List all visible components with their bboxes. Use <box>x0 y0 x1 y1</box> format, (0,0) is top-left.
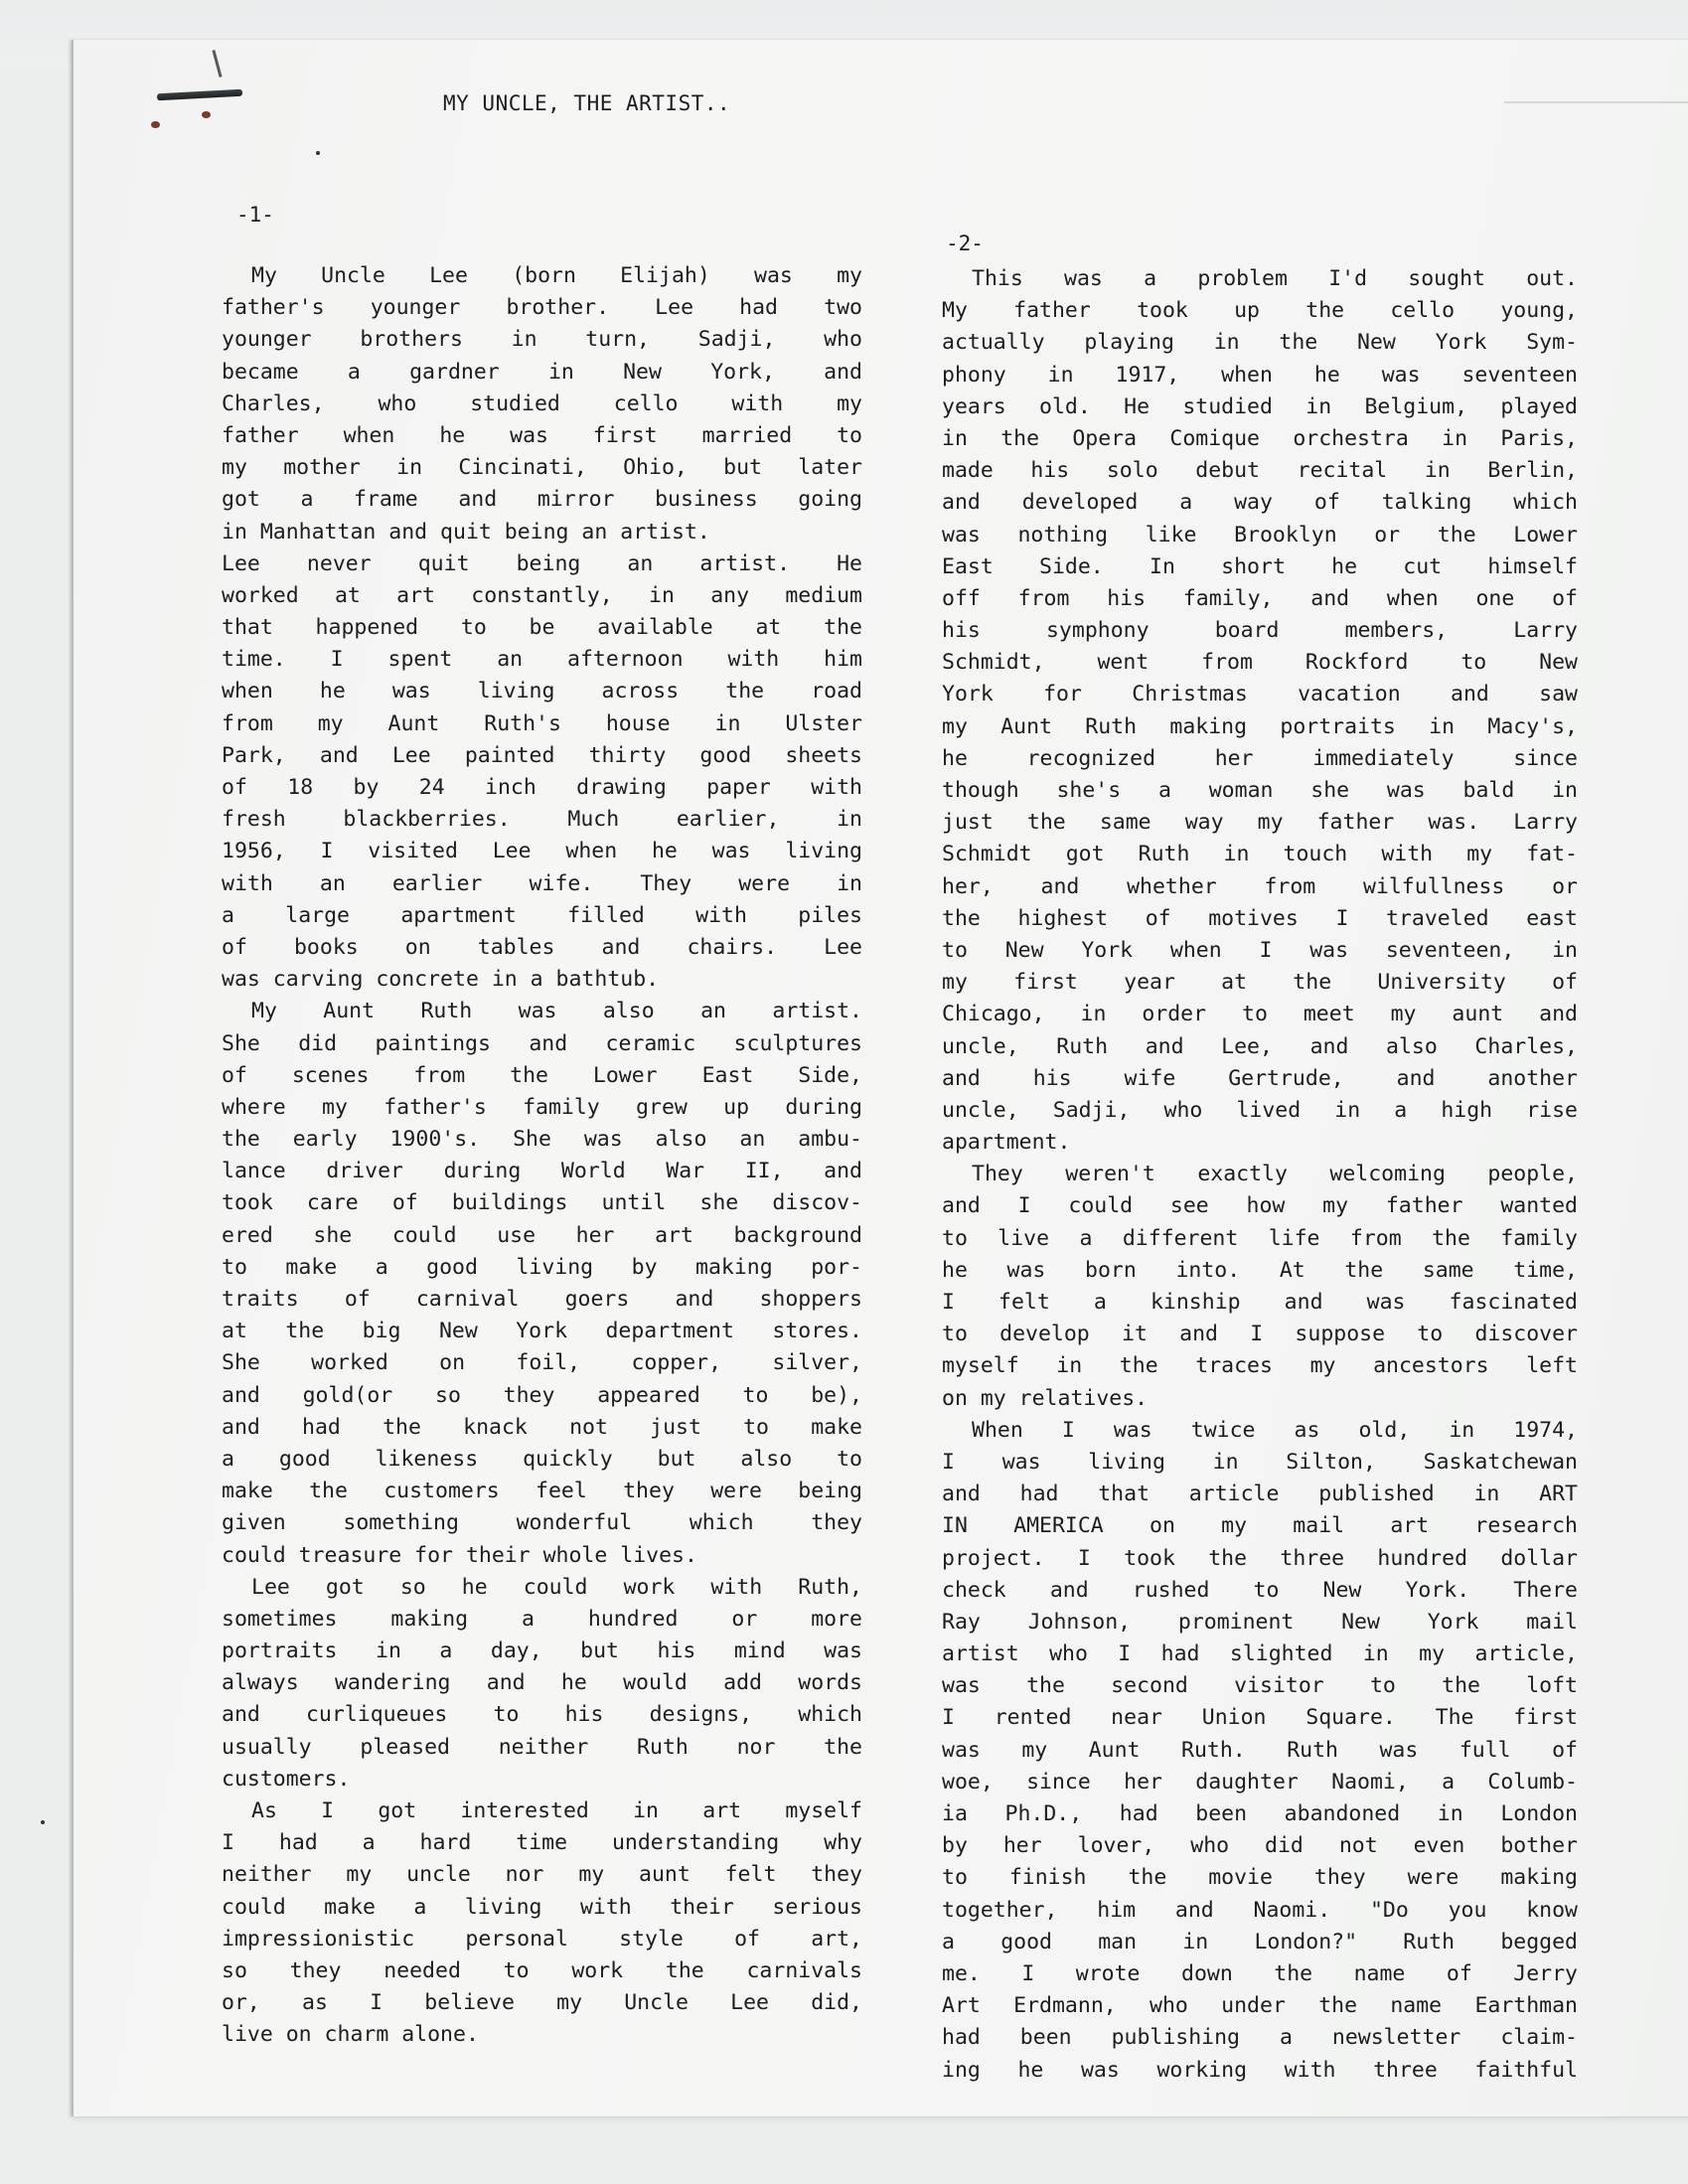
text-line: given something wonderful which they <box>222 1507 862 1539</box>
text-line: phony in 1917, when he was seventeen <box>942 360 1578 391</box>
text-line: neither my uncle nor my aunt felt they <box>222 1859 862 1891</box>
text-line: uncle, Ruth and Lee, and also Charles, <box>942 1031 1578 1063</box>
text-line: and had the knack not just to make <box>222 1412 862 1444</box>
text-line: I felt a kinship and was fascinated <box>942 1287 1578 1319</box>
text-line: check and rushed to New York. There <box>942 1575 1578 1607</box>
rust-spot-icon <box>151 121 160 128</box>
text-line: by her lover, who did not even bother <box>942 1830 1578 1862</box>
text-line: was carving concrete in a bathtub. <box>222 964 862 996</box>
text-line: the highest of motives I traveled east <box>942 903 1578 935</box>
text-line: just the same way my father was. Larry <box>942 807 1578 839</box>
page-number-2: -2- <box>946 232 984 255</box>
document-title: MY UNCLE, THE ARTIST.. <box>443 91 730 115</box>
text-line: could make a living with their serious <box>222 1892 862 1924</box>
text-line: a good likeness quickly but also to <box>222 1444 862 1476</box>
text-line: my Aunt Ruth making portraits in Macy's, <box>942 711 1578 743</box>
text-line: I rented near Union Square. The first <box>942 1702 1578 1734</box>
text-line: of books on tables and chairs. Lee <box>222 932 862 964</box>
text-line: was nothing like Brooklyn or the Lower <box>942 520 1578 551</box>
text-line: customers. <box>222 1764 862 1795</box>
text-line: in the Opera Comique orchestra in Paris, <box>942 423 1578 455</box>
text-line: Park, and Lee painted thirty good sheets <box>222 740 862 772</box>
text-line: and curliqueues to his designs, which <box>222 1699 862 1731</box>
text-line: the early 1900's. She was also an ambu- <box>222 1124 862 1156</box>
text-line: and gold(or so they appeared to be), <box>222 1380 862 1412</box>
paper-fold-line <box>1504 101 1688 103</box>
text-line: when he was living across the road <box>222 676 862 707</box>
text-line: a large apartment filled with piles <box>222 900 862 932</box>
text-line: myself in the traces my ancestors left <box>942 1350 1578 1382</box>
ink-speck-icon <box>316 151 320 155</box>
text-line: became a gardner in New York, and <box>222 357 862 389</box>
text-line: ia Ph.D., had been abandoned in London <box>942 1798 1578 1830</box>
text-line: a good man in London?" Ruth begged <box>942 1927 1578 1958</box>
text-line: to New York when I was seventeen, in <box>942 935 1578 967</box>
text-line: usually pleased neither Ruth nor the <box>222 1732 862 1764</box>
text-line: portraits in a day, but his mind was <box>222 1636 862 1667</box>
text-line: where my father's family grew up during <box>222 1092 862 1124</box>
text-line: uncle, Sadji, who lived in a high rise <box>942 1095 1578 1127</box>
text-line: my first year at the University of <box>942 967 1578 999</box>
text-line: younger brothers in turn, Sadji, who <box>222 324 862 356</box>
text-line: got a frame and mirror business going <box>222 484 862 516</box>
text-line: My father took up the cello young, <box>942 295 1578 327</box>
text-line: together, him and Naomi. "Do you know <box>942 1895 1578 1927</box>
text-line: took care of buildings until she discov- <box>222 1187 862 1219</box>
text-line: She worked on foil, copper, silver, <box>222 1347 862 1379</box>
text-line: apartment. <box>942 1127 1578 1159</box>
text-line: was the second visitor to the loft <box>942 1670 1578 1702</box>
text-line: so they needed to work the carnivals <box>222 1955 862 1987</box>
text-line: me. I wrote down the name of Jerry <box>942 1958 1578 1990</box>
text-line: Art Erdmann, who under the name Earthman <box>942 1990 1578 2022</box>
text-line: sometimes making a hundred or more <box>222 1604 862 1636</box>
text-line: ing he was working with three faithful <box>942 2055 1578 2087</box>
text-line: on my relatives. <box>942 1383 1578 1415</box>
text-line: to develop it and I suppose to discover <box>942 1319 1578 1350</box>
text-line: project. I took the three hundred dollar <box>942 1543 1578 1575</box>
text-line: her, and whether from wilfullness or <box>942 871 1578 903</box>
text-line: that happened to be available at the <box>222 612 862 644</box>
text-line: Schmidt, went from Rockford to New <box>942 647 1578 679</box>
text-line: or, as I believe my Uncle Lee did, <box>222 1987 862 2019</box>
text-line: I was living in Silton, Saskatchewan <box>942 1447 1578 1479</box>
ink-speck-icon <box>41 1820 45 1824</box>
text-line: though she's a woman she was bald in <box>942 775 1578 807</box>
text-line: York for Christmas vacation and saw <box>942 679 1578 710</box>
text-line: father's younger brother. Lee had two <box>222 292 862 324</box>
text-line: traits of carnival goers and shoppers <box>222 1284 862 1316</box>
text-line: Chicago, in order to meet my aunt and <box>942 999 1578 1030</box>
rust-spot-icon <box>202 111 211 118</box>
text-line: years old. He studied in Belgium, played <box>942 391 1578 423</box>
text-line: and developed a way of talking which <box>942 487 1578 519</box>
text-line: to make a good living by making por- <box>222 1252 862 1284</box>
text-line: to live a different life from the family <box>942 1223 1578 1255</box>
text-line: from my Aunt Ruth's house in Ulster <box>222 708 862 740</box>
text-line: ered she could use her art background <box>222 1220 862 1252</box>
text-line: and had that article published in ART <box>942 1479 1578 1510</box>
text-line: Ray Johnson, prominent New York mail <box>942 1607 1578 1638</box>
text-line: and his wife Gertrude, and another <box>942 1063 1578 1095</box>
text-line: artist who I had slighted in my article, <box>942 1638 1578 1670</box>
text-line: my mother in Cincinati, Ohio, but later <box>222 452 862 484</box>
text-line: had been publishing a newsletter claim- <box>942 2022 1578 2054</box>
text-line: Schmidt got Ruth in touch with my fat- <box>942 839 1578 870</box>
text-line: As I got interested in art myself <box>222 1795 862 1827</box>
text-line: he recognized her immediately since <box>942 743 1578 775</box>
text-line: worked at art constantly, in any medium <box>222 580 862 612</box>
text-line: East Side. In short he cut himself <box>942 551 1578 583</box>
text-line: This was a problem I'd sought out. <box>942 263 1578 295</box>
text-line: of scenes from the Lower East Side, <box>222 1060 862 1092</box>
text-line: woe, since her daughter Naomi, a Columb- <box>942 1767 1578 1798</box>
text-line: to finish the movie they were making <box>942 1862 1578 1894</box>
text-column-page-2: This was a problem I'd sought out.My fat… <box>942 263 1578 2087</box>
text-line: make the customers feel they were being <box>222 1476 862 1507</box>
text-line: My Aunt Ruth was also an artist. <box>222 996 862 1027</box>
text-line: fresh blackberries. Much earlier, in <box>222 804 862 836</box>
text-line: Lee got so he could work with Ruth, <box>222 1572 862 1604</box>
text-line: When I was twice as old, in 1974, <box>942 1415 1578 1447</box>
text-line: at the big New York department stores. <box>222 1316 862 1347</box>
text-line: impressionistic personal style of art, <box>222 1924 862 1955</box>
text-line: could treasure for their whole lives. <box>222 1540 862 1572</box>
text-line: live on charm alone. <box>222 2019 862 2051</box>
text-line: of 18 by 24 inch drawing paper with <box>222 772 862 804</box>
text-line: lance driver during World War II, and <box>222 1156 862 1187</box>
text-line: was my Aunt Ruth. Ruth was full of <box>942 1735 1578 1767</box>
text-line: made his solo debut recital in Berlin, <box>942 455 1578 487</box>
text-line: IN AMERICA on my mail art research <box>942 1510 1578 1542</box>
text-line: She did paintings and ceramic sculptures <box>222 1028 862 1060</box>
text-line: Charles, who studied cello with my <box>222 389 862 420</box>
text-line: actually playing in the New York Sym- <box>942 327 1578 359</box>
text-line: always wandering and he would add words <box>222 1667 862 1699</box>
text-line: 1956, I visited Lee when he was living <box>222 836 862 867</box>
text-line: and I could see how my father wanted <box>942 1190 1578 1222</box>
text-line: off from his family, and when one of <box>942 583 1578 615</box>
text-line: Lee never quit being an artist. He <box>222 548 862 580</box>
text-line: his symphony board members, Larry <box>942 615 1578 647</box>
text-line: time. I spent an afternoon with him <box>222 644 862 676</box>
text-line: I had a hard time understanding why <box>222 1827 862 1859</box>
text-line: father when he was first married to <box>222 420 862 452</box>
text-column-page-1: My Uncle Lee (born Elijah) was myfather'… <box>222 260 862 2052</box>
page-number-1: -1- <box>236 203 274 227</box>
text-line: They weren't exactly welcoming people, <box>942 1159 1578 1190</box>
text-line: in Manhattan and quit being an artist. <box>222 517 862 548</box>
text-line: My Uncle Lee (born Elijah) was my <box>222 260 862 292</box>
text-line: he was born into. At the same time, <box>942 1255 1578 1287</box>
text-line: with an earlier wife. They were in <box>222 868 862 900</box>
